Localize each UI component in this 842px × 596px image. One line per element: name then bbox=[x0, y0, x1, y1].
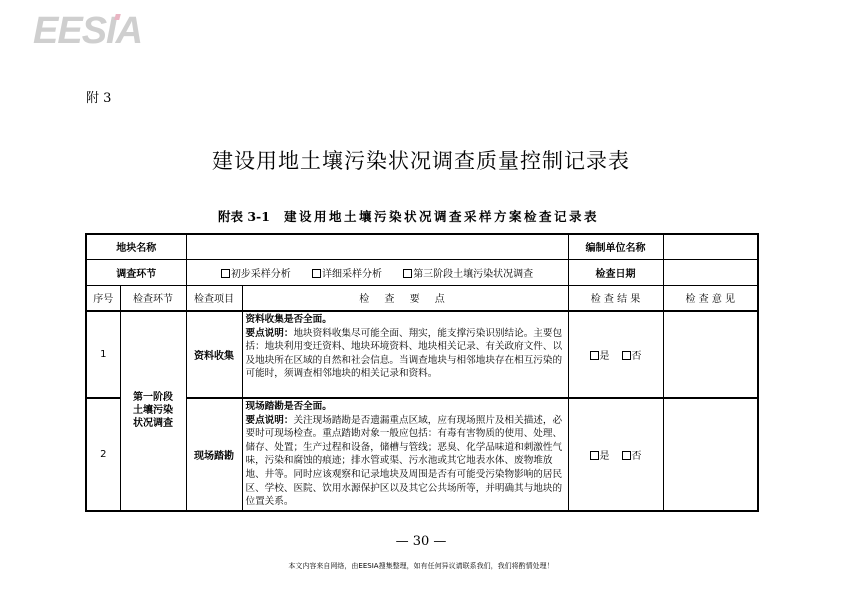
header-opinion: 检 查 意 见 bbox=[663, 285, 758, 311]
row-key-text: 地块资料收集尽可能全面、翔实，能支撑污染识别结论。主要包括：地块利用变迁资料、地… bbox=[246, 328, 563, 380]
table-row: 1 第一阶段土壤污染状况调查 资料收集 资料收集是否全面。 要点说明：地块资料收… bbox=[86, 311, 758, 398]
result-no-option[interactable]: 否 bbox=[622, 351, 642, 362]
table-row: 2 现场踏勘 现场踏勘是否全面。 要点说明：关注现场踏勘是否遗漏重点区域，应有现… bbox=[86, 398, 758, 511]
table-number: 附表 3-1 bbox=[218, 209, 270, 224]
footer-note: 本文内容来自网络，由EESIA搜集整理，如有任何异议请联系我们，我们将酌情处理！ bbox=[0, 561, 842, 571]
header-item: 检查项目 bbox=[186, 285, 242, 311]
table-title: 附表 3-1建设用地土壤污染状况调查采样方案检查记录表 bbox=[218, 207, 599, 225]
row-question: 资料收集是否全面。 bbox=[246, 313, 565, 327]
result-yes-option[interactable]: 是 bbox=[590, 351, 610, 362]
page-title: 建设用地土壤污染状况调查质量控制记录表 bbox=[0, 145, 842, 175]
compiler-field[interactable] bbox=[663, 234, 758, 259]
table-title-text: 建设用地土壤污染状况调查采样方案检查记录表 bbox=[284, 209, 599, 224]
header-points: 检 查 要 点 bbox=[242, 285, 568, 311]
row-points: 现场踏勘是否全面。 要点说明：关注现场踏勘是否遗漏重点区域，应有现场照片及相关描… bbox=[242, 398, 568, 511]
header-stage: 检查环节 bbox=[120, 285, 186, 311]
check-date-label: 检查日期 bbox=[568, 259, 663, 285]
logo-text: EESIA bbox=[33, 10, 142, 52]
row-item: 资料收集 bbox=[186, 311, 242, 398]
stage-label: 调查环节 bbox=[86, 259, 186, 285]
row-number: 2 bbox=[86, 398, 120, 511]
checkbox-icon[interactable] bbox=[221, 269, 230, 278]
row-opinion-field[interactable] bbox=[663, 311, 758, 398]
stage-option-preliminary[interactable]: 初步采样分析 bbox=[221, 269, 291, 280]
eesia-watermark-logo: EESIA bbox=[33, 10, 142, 53]
stage-option-detailed[interactable]: 详细采样分析 bbox=[312, 269, 382, 280]
checkbox-icon[interactable] bbox=[590, 451, 599, 460]
result-no-option[interactable]: 否 bbox=[622, 451, 642, 462]
row-item: 现场踏勘 bbox=[186, 398, 242, 511]
site-name-label: 地块名称 bbox=[86, 234, 186, 259]
row-opinion-field[interactable] bbox=[663, 398, 758, 511]
result-yes-option[interactable]: 是 bbox=[590, 451, 610, 462]
stage-options: 初步采样分析 详细采样分析 第三阶段土壤污染状况调查 bbox=[186, 259, 568, 285]
checkbox-icon[interactable] bbox=[590, 351, 599, 360]
header-no: 序号 bbox=[86, 285, 120, 311]
check-date-field[interactable] bbox=[663, 259, 758, 285]
row-result: 是否 bbox=[568, 398, 663, 511]
page-number: — 30 — bbox=[0, 534, 842, 549]
appendix-label: 附 3 bbox=[86, 87, 111, 106]
header-result: 检 查 结 果 bbox=[568, 285, 663, 311]
checkbox-icon[interactable] bbox=[403, 269, 412, 278]
group-stage: 第一阶段土壤污染状况调查 bbox=[120, 311, 186, 511]
compiler-label: 编制单位名称 bbox=[568, 234, 663, 259]
checkbox-icon[interactable] bbox=[622, 351, 631, 360]
stage-option-third-phase[interactable]: 第三阶段土壤污染状况调查 bbox=[403, 269, 533, 280]
row-number: 1 bbox=[86, 311, 120, 398]
row-points: 资料收集是否全面。 要点说明：地块资料收集尽可能全面、翔实，能支撑污染识别结论。… bbox=[242, 311, 568, 398]
checkbox-icon[interactable] bbox=[312, 269, 321, 278]
inspection-record-table: 地块名称 编制单位名称 调查环节 初步采样分析 详细采样分析 第三阶段土壤污染状… bbox=[85, 233, 759, 512]
row-key-label: 要点说明： bbox=[246, 328, 294, 339]
row-result: 是否 bbox=[568, 311, 663, 398]
row-key-label: 要点说明： bbox=[246, 415, 294, 426]
checkbox-icon[interactable] bbox=[622, 451, 631, 460]
site-name-field[interactable] bbox=[186, 234, 568, 259]
row-key-text: 关注现场踏勘是否遗漏重点区域，应有现场照片及相关描述，必要时可现场检查。重点踏勘… bbox=[246, 415, 563, 508]
row-question: 现场踏勘是否全面。 bbox=[246, 400, 565, 414]
